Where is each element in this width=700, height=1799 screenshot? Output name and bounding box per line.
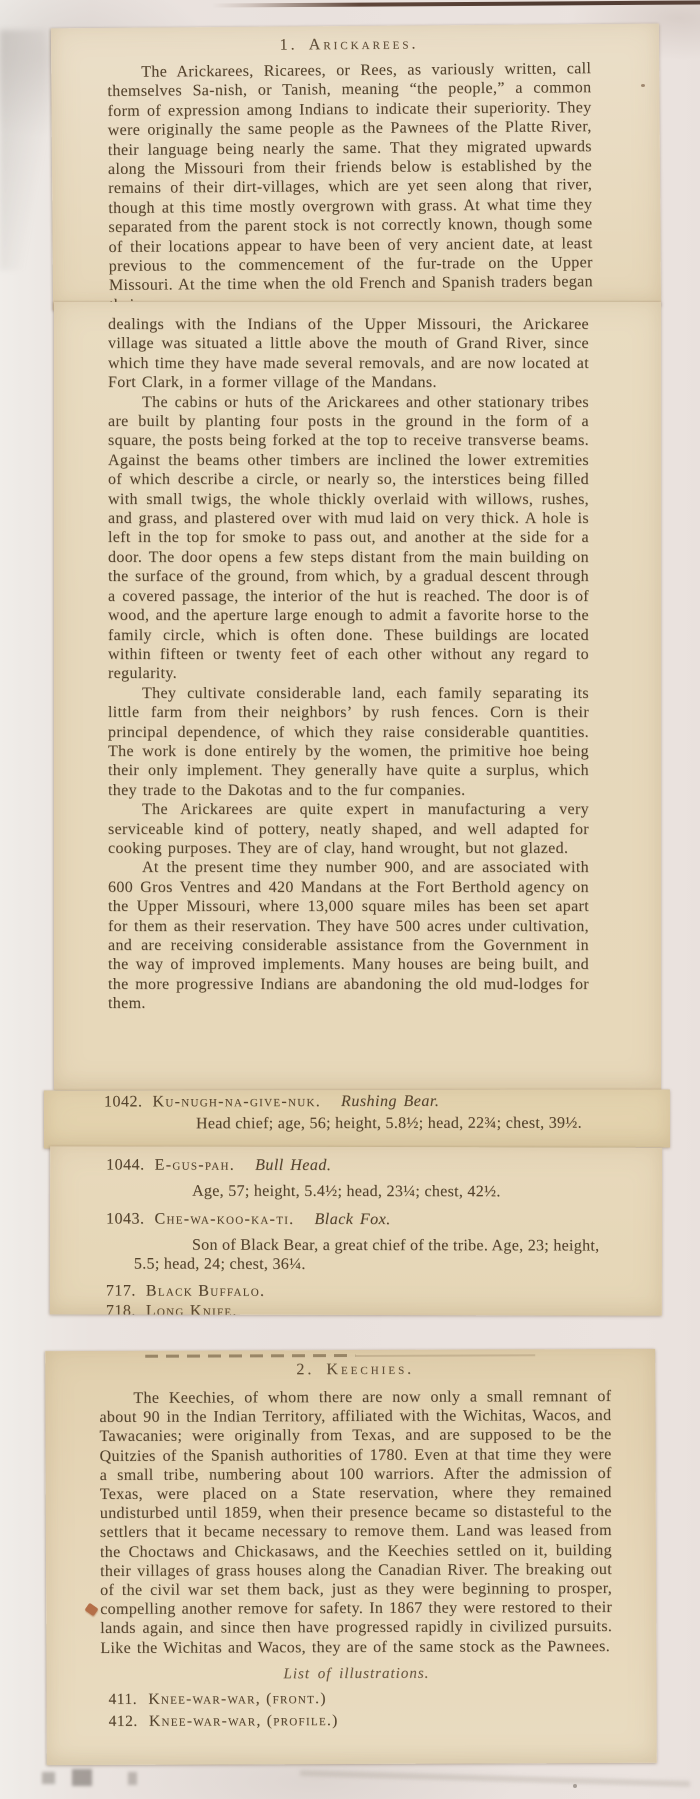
- list-of-illustrations-caption: List of illustrations.: [100, 1664, 612, 1684]
- paragraph-keechies: The Keechies, of whom there are now only…: [99, 1387, 612, 1658]
- catalog-entry-1044: 1044. E-gus-pah. Bull Head. Age, 57; hei…: [106, 1155, 616, 1202]
- entry-english-name: Rushing Bear.: [341, 1093, 439, 1110]
- paragraph-arickarees-1b: dealings with the Indians of the Upper M…: [108, 315, 589, 393]
- catalog-entry-717: 717. Black Buffalo.: [106, 1281, 616, 1302]
- entry-native-name: Ku-nugh-na-give-nuk.: [152, 1093, 321, 1110]
- illustration-entry-411: 411. Knee-war-war, (front.): [109, 1689, 613, 1709]
- entry-title: 1042. Ku-nugh-na-give-nuk. Rushing Bear.: [104, 1092, 630, 1113]
- top-left-smudge: [0, 30, 46, 270]
- bottom-left-smudge: [72, 1769, 92, 1786]
- arickarees-slip-body: dealings with the Indians of the Upper M…: [54, 302, 661, 1090]
- entry-english-name: Bull Head.: [255, 1157, 331, 1174]
- catalog-entry-718: 718. Long Knife.: [106, 1301, 616, 1315]
- bottom-curve-smudge: [300, 1771, 690, 1787]
- entry-native-name: E-gus-pah.: [155, 1157, 235, 1174]
- entry-title: 1044. E-gus-pah. Bull Head.: [106, 1155, 616, 1176]
- entry-english-name: Black Fox.: [314, 1211, 390, 1228]
- entry-title: 718. Long Knife.: [106, 1301, 616, 1315]
- entry-name: Knee-war-war, (profile.): [149, 1712, 339, 1730]
- section-heading-arickarees: 1. Arickarees.: [107, 34, 591, 56]
- entry-number: 717.: [106, 1282, 136, 1299]
- entry-native-name: Black Buffalo.: [146, 1283, 266, 1300]
- paragraph-arickarees-3: They cultivate considerable land, each f…: [108, 684, 589, 800]
- scanned-document-page: 1. Arickarees. The Arickarees, Ricarees,…: [0, 0, 700, 1799]
- paragraph-arickarees-5: At the present time they number 900, and…: [108, 858, 589, 1013]
- catalog-entry-1042: 1042. Ku-nugh-na-give-nuk. Rushing Bear.…: [104, 1092, 630, 1134]
- entry-number: 1044.: [106, 1156, 145, 1173]
- entry-number: 411.: [109, 1691, 138, 1708]
- catalog-entry-1043: 1043. Che-wa-koo-ka-ti. Black Fox. Son o…: [106, 1209, 616, 1274]
- entry-native-name: Che-wa-koo-ka-ti.: [155, 1211, 295, 1228]
- ink-speck: [573, 1784, 577, 1788]
- entry-number: 1043.: [106, 1210, 145, 1227]
- entries-slip: 1044. E-gus-pah. Bull Head. Age, 57; hei…: [50, 1146, 662, 1315]
- entry-description: Son of Black Bear, a great chief of the …: [134, 1236, 616, 1275]
- entry-title: 1043. Che-wa-koo-ka-ti. Black Fox.: [106, 1209, 616, 1230]
- torn-text-fragment: [145, 1353, 545, 1360]
- entry-number: 1042.: [104, 1093, 143, 1110]
- entry-strip-1042: 1042. Ku-nugh-na-give-nuk. Rushing Bear.…: [44, 1089, 670, 1148]
- page-top-edge: [212, 0, 700, 7]
- ink-speck: [641, 84, 645, 87]
- bottom-left-smudge: [128, 1772, 137, 1785]
- arickarees-slip-top: 1. Arickarees. The Arickarees, Ricarees,…: [51, 24, 661, 311]
- paragraph-arickarees-4: The Arickarees are quite expert in manuf…: [108, 800, 589, 858]
- bottom-left-smudge: [42, 1772, 55, 1784]
- entry-name: Knee-war-war, (front.): [148, 1690, 326, 1708]
- entry-description: Age, 57; height, 5.4½; head, 23¼; chest,…: [134, 1182, 616, 1203]
- paragraph-arickarees-2: The cabins or huts of the Arickarees and…: [108, 393, 589, 684]
- entry-title: 717. Black Buffalo.: [106, 1281, 616, 1302]
- entry-number: 412.: [109, 1713, 138, 1730]
- entry-number: 718.: [106, 1302, 136, 1315]
- paragraph-arickarees-1a: The Arickarees, Ricarees, or Rees, as va…: [107, 59, 593, 310]
- entry-native-name: Long Knife.: [146, 1303, 238, 1316]
- section-heading-keechies: 2. Keechies.: [99, 1360, 611, 1380]
- entry-description: Head chief; age, 56; height, 5.8½; head,…: [174, 1115, 630, 1134]
- keechies-slip: 2. Keechies. The Keechies, of whom there…: [45, 1349, 657, 1765]
- illustration-entry-412: 412. Knee-war-war, (profile.): [109, 1711, 613, 1731]
